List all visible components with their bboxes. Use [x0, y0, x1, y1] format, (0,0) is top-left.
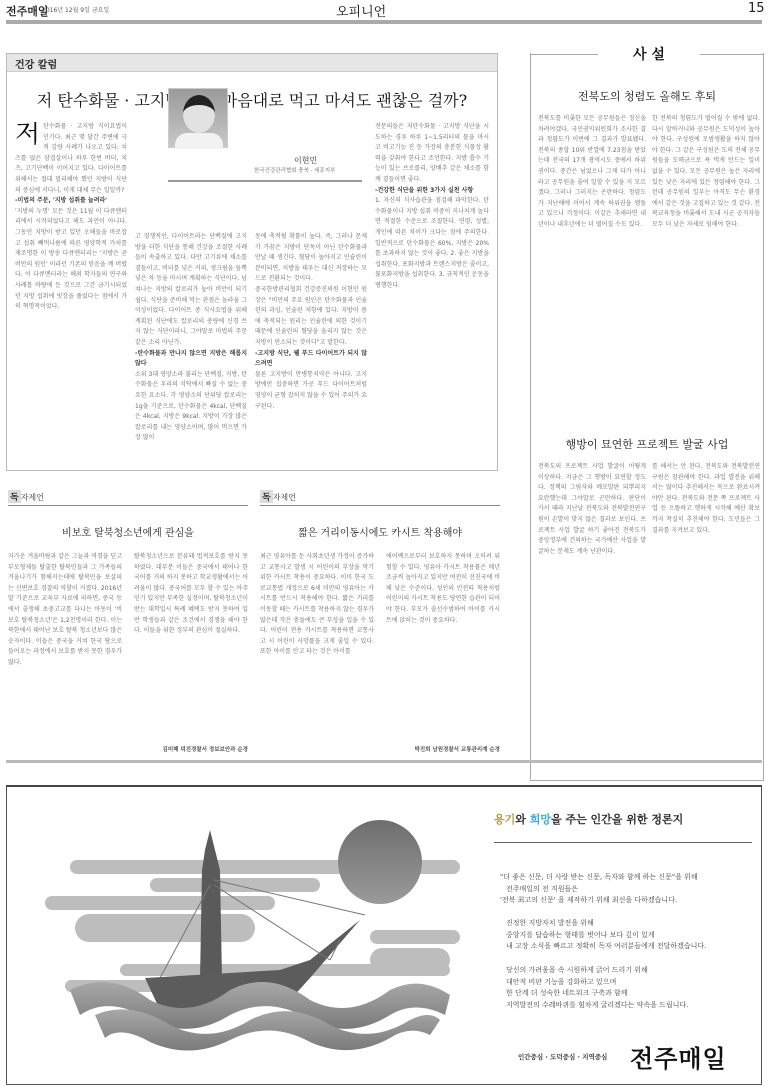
editorial-rule-right: [698, 54, 764, 55]
header-rule: [6, 20, 762, 24]
ad-paragraph-1: "더 좋은 신문, 더 사랑 받는 신문, 독자와 함께 하는 신문"을 위해 …: [500, 872, 698, 907]
editorial-title-2: 행방이 묘연한 프로젝트 발굴 사업: [530, 436, 764, 452]
article-column-1: 저 탄수화물 · 고지방 식이요법이 인기다. 최근 몇 달간 주변에 극적 감…: [15, 122, 127, 466]
article-title: 저 탄수화물 · 고지방 식단 마음대로 먹고 마셔도 괜찮은 걸까?: [7, 88, 497, 111]
brand-logo: 전주매일: [630, 1039, 727, 1074]
subhead: -미법의 주문, '지방 섭취를 늘려라': [15, 197, 107, 204]
reader-article-col-1: 자가운 겨울바람과 같은 그늘과 역경을 딛고 부모형제들 탈출한 탈북민들과 …: [8, 552, 122, 752]
reader-column-rule: [260, 505, 500, 506]
page-number: 15: [748, 1, 765, 16]
reader-column-rule: [8, 505, 248, 506]
reader-article-col-2: 에어백으로부터 보호하지 못하며 오히려 위험할 수 있다. 영유아 카시트 착…: [386, 552, 500, 742]
ad-paragraph-3: 당신의 가려움을 속 시원하게 긁어 드리기 위해 대안적 비판 기능을 강화하…: [506, 965, 688, 1011]
byline: 박진희 남원경찰서 교통관리계 순경: [386, 745, 500, 753]
editorial-rule-left: [530, 54, 600, 55]
ad-rule: [494, 842, 752, 843]
column-tab: 건강 칼럼: [7, 54, 497, 72]
author-name: 이현민: [294, 155, 317, 166]
editorial-label: 사 설: [598, 44, 700, 64]
reader-article-col-1: 최근 영유아를 둔 사회초년생 가정이 증가하고 교통사고 발생 시 어린이의 …: [260, 552, 374, 752]
section-divider: [6, 760, 762, 763]
ad-headline: 용기와 희망을 주는 인간을 위한 정론지: [494, 811, 683, 827]
ad-slogan: 인간중심 · 도덕중심 · 지역중심: [518, 1052, 607, 1061]
article-column-3: 동에 축적될 확률이 높다. 즉, 그러나 문제가 가끔은 지방이 단독이 아닌…: [255, 232, 367, 466]
reader-column-label: 독자제언: [260, 490, 296, 503]
subhead: -고지방 식단, 웰 푸드 다이어트가 되지 않으려면: [255, 350, 367, 368]
subhead: -탄수화물과 만나지 않으면 지방은 해롭지 않다: [135, 350, 247, 368]
subhead: -건강한 식단을 위한 3가지 실천 사항: [375, 187, 473, 194]
article-column-4: 전문의들은 저탄수화물 · 고지방 식단을 시도하는 경우 하루 1~1.5리터…: [375, 122, 489, 466]
editorial-title-1: 전북도의 청렴도 올해도 후퇴: [530, 88, 764, 104]
author-affiliation: 한국건강관리협회 충북 · 세종지부: [254, 166, 335, 174]
article-column-2: 고 경쟁적인, 다이어트라는 단백질에 고지방을 더한 식단을 통해 건강을 조…: [135, 232, 247, 466]
drop-cap: 저: [15, 122, 40, 146]
health-column: 건강 칼럼 저 탄수화물 · 고지방 식단 마음대로 먹고 마셔도 괜찮은 걸까…: [6, 53, 498, 471]
reader-article-title: 비보호 탈북청소년에게 관심을: [8, 524, 248, 539]
byline: 김미혜 덕진경찰서 정보보안과 순경: [134, 745, 248, 753]
section-title: 오피니언: [336, 1, 386, 20]
author-photo: [168, 88, 228, 148]
ship-sun-waves-icon: [20, 810, 470, 1060]
ad-paragraph-2: 진정한 지방자치 발전을 위해 중앙지를 답습하는 형태를 벗어나 보다 깊이 …: [506, 918, 706, 953]
editorial-2-column-1: 전북도의 프로젝트 사업 발굴이 어떻게 이상하다. 지금은 그 행방이 묘연할…: [538, 462, 646, 774]
reader-article-col-2: 탈북청소년으로 분류돼 법적보호를 받지 못하였다. 대부분 이들은 중국에서 …: [134, 552, 248, 742]
editorial-2-column-2: 를 해서는 안 된다. 전북도와 전북발전연구원은 참관해야 한다. 과업 발전…: [652, 462, 760, 774]
author-rule: [168, 180, 362, 182]
reader-article-title: 짧은 거리이동시에도 카시트 착용해야: [260, 524, 500, 539]
reader-column-label: 독자제언: [8, 490, 44, 503]
editorial-1-column-2: 한 전북의 청렴도가 떨어질 수 밖에 없다. 다시 말하거니와 공무원은 도덕…: [652, 114, 760, 424]
editorial-1-column-1: 전북도를 비롯한 모든 공무원들은 정신을 차려야겠다. 국민권익위원회가 조사…: [538, 114, 646, 424]
issue-date: 2016년 12월 9일 금요일: [42, 5, 109, 14]
